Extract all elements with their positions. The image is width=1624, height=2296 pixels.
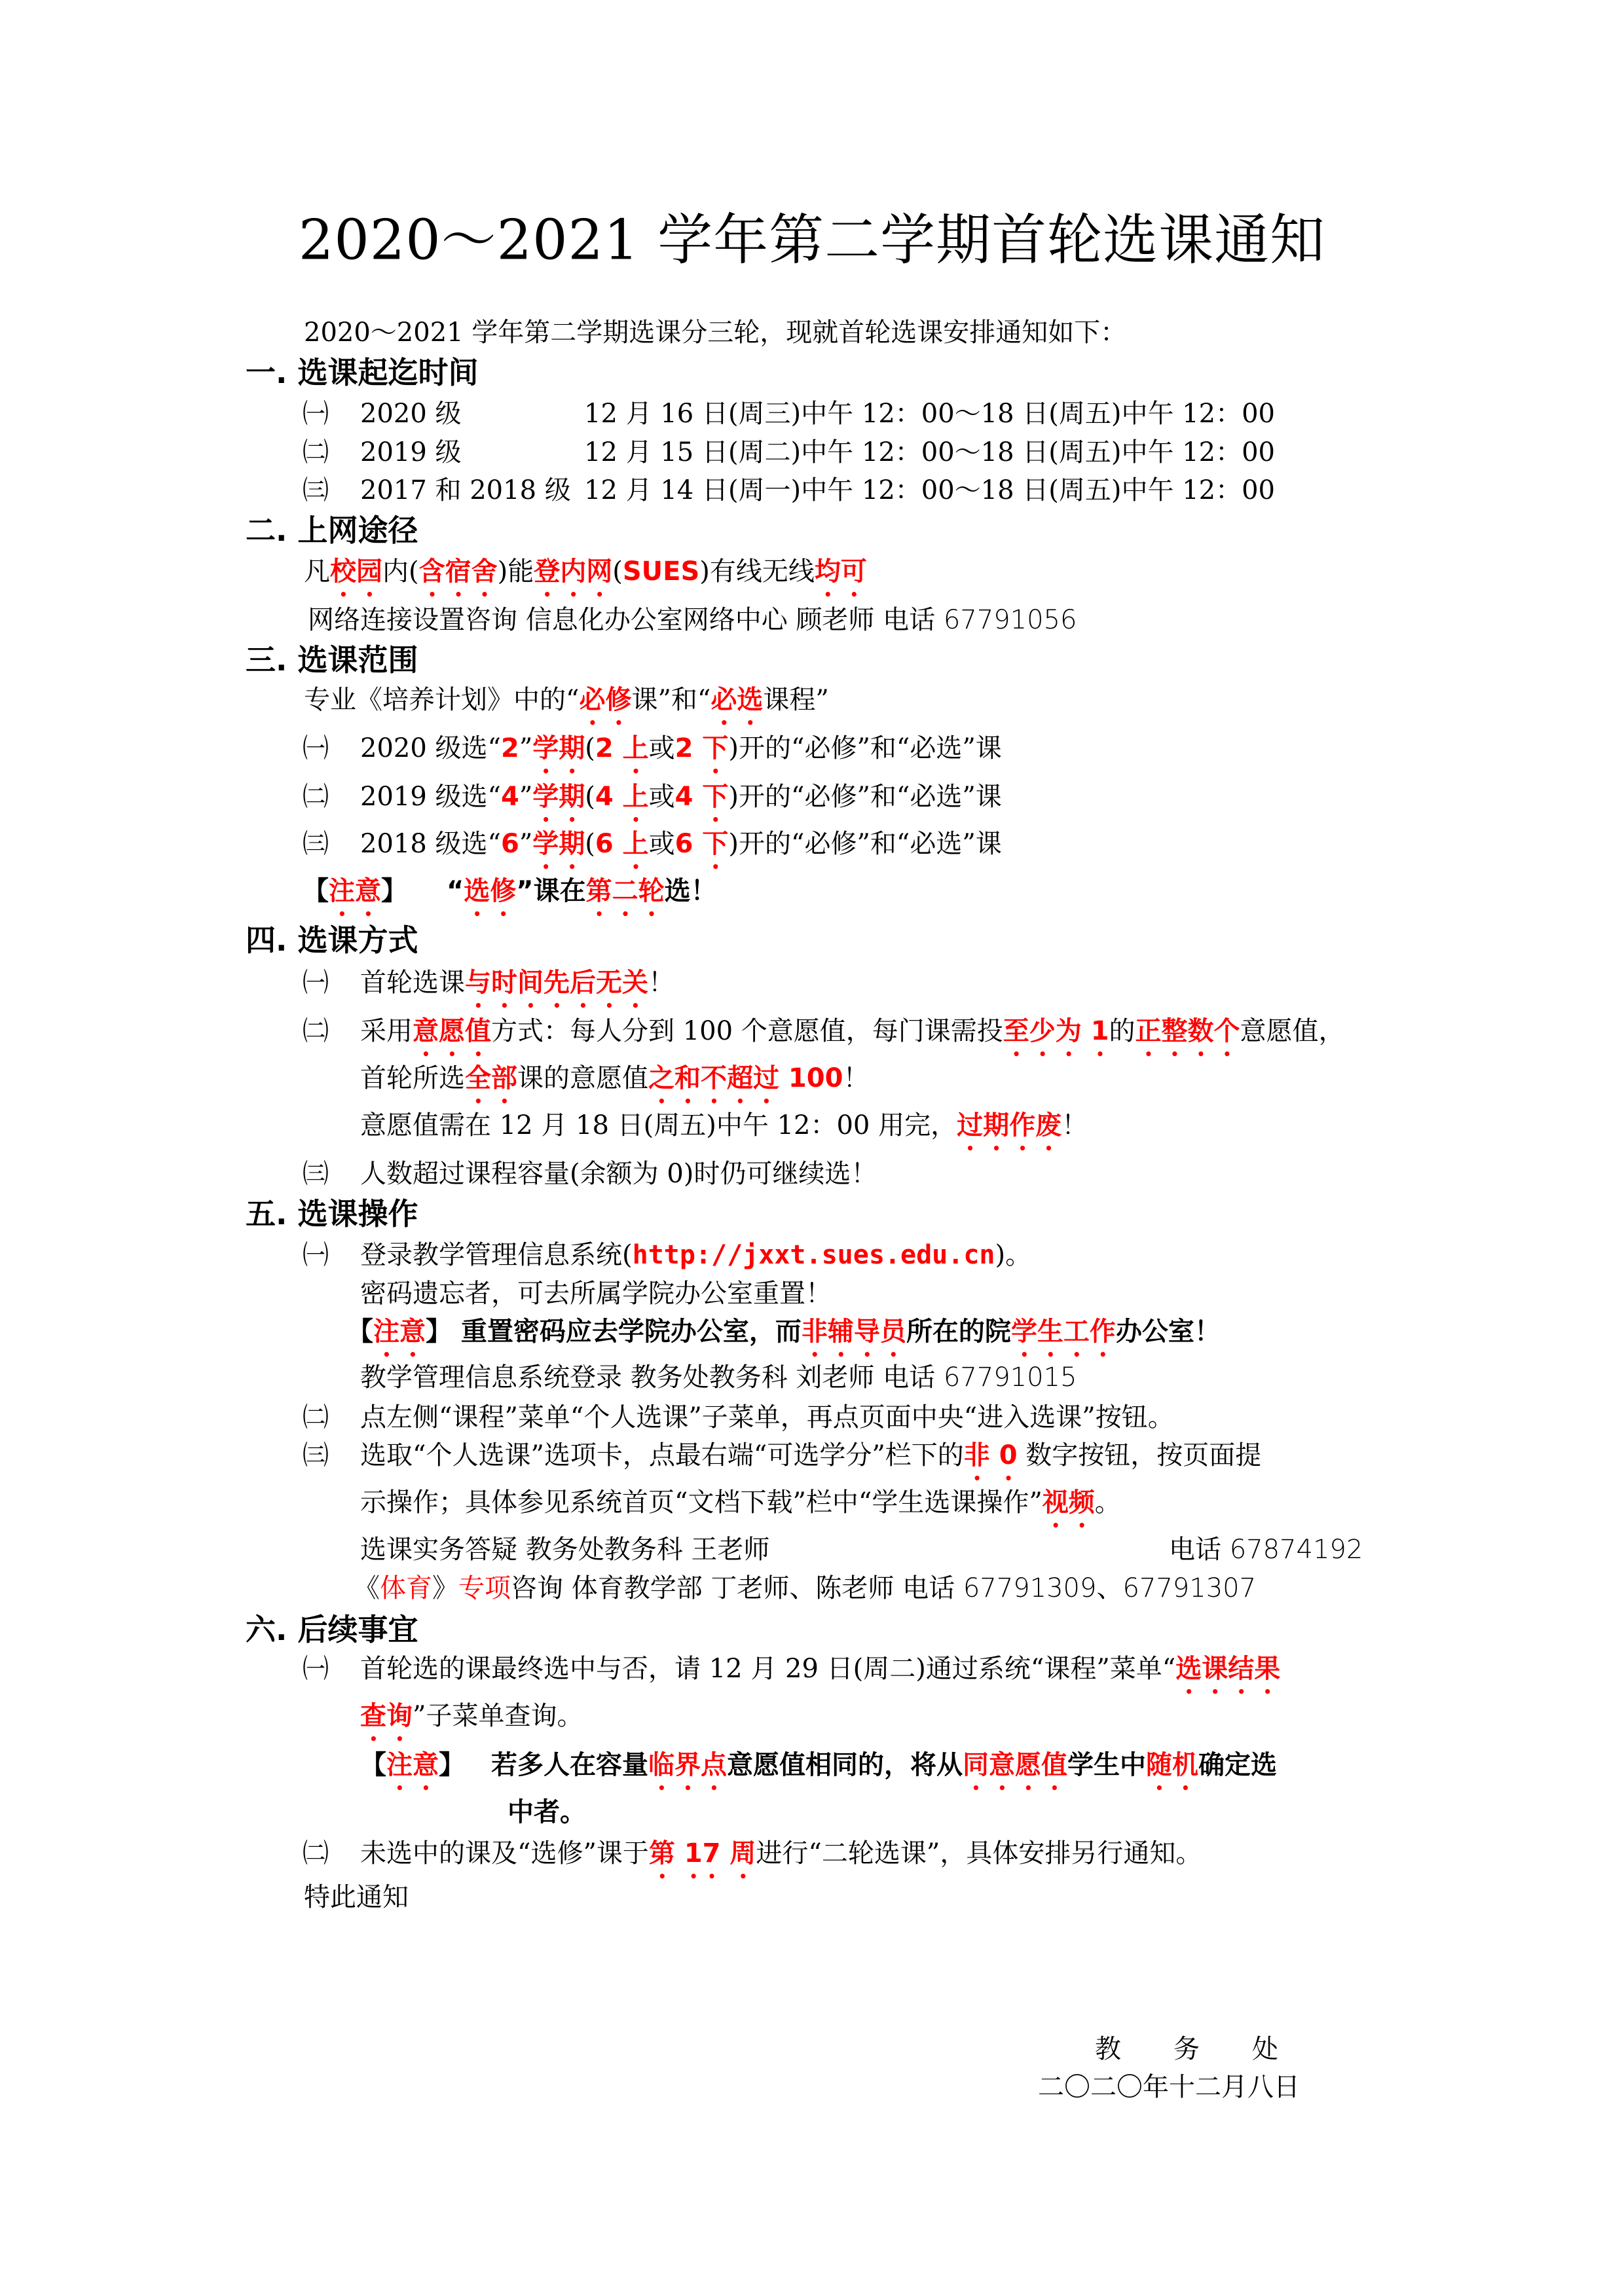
time-range: 12 月 15 日(周二)中午 12：00～18 日(周五)中午 12：00: [584, 437, 1275, 467]
grade: 2019 级: [360, 434, 584, 471]
section-heading-6: 六. 后续事宜: [246, 1611, 418, 1648]
signature-date: 二〇二〇年十二月八日: [1038, 2069, 1300, 2105]
contact-system-login: 教学管理信息系统登录 教务处教务科 刘老师 电话 67791015: [360, 1359, 1077, 1396]
list-marker: ㈡: [303, 434, 360, 471]
section-heading-1: 一. 选课起迄时间: [246, 354, 479, 391]
list-marker: ㈢: [303, 472, 360, 509]
operation-item-2: ㈡点左侧“课程”菜单“个人选课”子菜单，再点页面中央“进入选课”按钮。: [303, 1399, 1174, 1436]
scope-row: ㈡2019 级选“4”学期(4 上或4 下)开的“必修”和“必选”课: [303, 778, 1002, 828]
followup-item-1-cont: 查询”子菜单查询。: [360, 1698, 583, 1747]
network-name: SUES: [623, 556, 699, 587]
password-reset-text: 密码遗忘者，可去所属学院办公室重置！: [360, 1275, 832, 1312]
page-title: 2020～2021 学年第二学期首轮选课通知: [0, 196, 1624, 276]
method-item-1: ㈠首轮选课与时间先后无关！: [303, 964, 674, 1013]
contact-network: 网络连接设置咨询 信息化办公室网络中心 顾老师 电话 67791056: [308, 602, 1077, 638]
contact-course-qa: 选课实务答疑 教务处教务科 王老师: [360, 1531, 769, 1568]
scope-row: ㈠2020 级选“2”学期(2 上或2 下)开的“必修”和“必选”课: [303, 730, 1002, 779]
network-access-text: 凡校园内(含宿舍)能登内网(SUES)有线无线均可: [304, 553, 867, 602]
time-range: 12 月 14 日(周一)中午 12：00～18 日(周五)中午 12：00: [584, 475, 1275, 505]
closing-text: 特此通知: [304, 1879, 409, 1916]
grade: 2017 和 2018 级: [360, 472, 584, 509]
scope-row: ㈢2018 级选“6”学期(6 上或6 下)开的“必修”和“必选”课: [303, 826, 1002, 875]
signature-office: 教 务 处: [1095, 2031, 1278, 2068]
method-item-2: ㈡采用意愿值方式：每人分到 100 个意愿值，每门课需投至少为 1的正整数个意愿…: [303, 1013, 1345, 1062]
grade: 2020 级: [360, 395, 584, 432]
note-random: 【注意】若多人在容量临界点意愿值相同的，将从同意愿值学生中随机确定选: [360, 1747, 1277, 1796]
operation-item-3-cont: 示操作；具体参见系统首页“文档下载”栏中“学生选课操作”视频。: [360, 1484, 1121, 1533]
contact-course-qa-phone: 电话 67874192: [1169, 1531, 1363, 1568]
time-range: 12 月 16 日(周三)中午 12：00～18 日(周五)中午 12：00: [584, 399, 1275, 429]
system-url-link[interactable]: http://jxxt.sues.edu.cn: [633, 1240, 995, 1270]
list-marker: ㈠: [303, 395, 360, 432]
emphasis: 校园: [330, 556, 382, 587]
emphasis: 登内网: [534, 556, 612, 587]
operation-item-3: ㈢选取“个人选课”选项卡，点最右端“可选学分”栏下的非 0 数字按钮，按页面提: [303, 1437, 1261, 1486]
intro-text: 2020～2021 学年第二学期选课分三轮，现就首轮选课安排通知如下：: [304, 314, 1126, 351]
section-heading-3: 三. 选课范围: [246, 642, 418, 678]
operation-item-1: ㈠登录教学管理信息系统(http://jxxt.sues.edu.cn)。: [303, 1237, 1031, 1273]
schedule-row: ㈢2017 和 2018 级12 月 14 日(周一)中午 12：00～18 日…: [303, 472, 1275, 509]
method-item-2-deadline: 意愿值需在 12 月 18 日(周五)中午 12：00 用完，过期作废！: [360, 1107, 1088, 1156]
method-item-3: ㈢人数超过课程容量(余额为 0)时仍可继续选！: [303, 1156, 877, 1192]
followup-item-2: ㈡未选中的课及“选修”课于第 17 周进行“二轮选课”，具体安排另行通知。: [303, 1835, 1202, 1884]
schedule-row: ㈡2019 级12 月 15 日(周二)中午 12：00～18 日(周五)中午 …: [303, 434, 1275, 471]
scope-text: 专业《培养计划》中的“必修课”和“必选课程”: [304, 682, 829, 731]
emphasis: 含宿舍: [419, 556, 498, 587]
emphasis: 均可: [815, 556, 867, 587]
method-item-2-cont: 首轮所选全部课的意愿值之和不超过 100！: [360, 1060, 869, 1109]
contact-pe: 《体育》专项咨询 体育教学部 丁老师、陈老师 电话 67791309、67791…: [354, 1570, 1256, 1607]
followup-item-1: ㈠首轮选的课最终选中与否，请 12 月 29 日(周二)通过系统“课程”菜单“选…: [303, 1650, 1280, 1700]
section-heading-2: 二. 上网途径: [246, 512, 418, 549]
note-password: 【注意】 重置密码应去学院办公室，而非辅导员所在的院学生工作办公室！: [347, 1313, 1221, 1362]
section-heading-4: 四. 选课方式: [246, 922, 418, 958]
schedule-row: ㈠2020 级12 月 16 日(周三)中午 12：00～18 日(周五)中午 …: [303, 395, 1275, 432]
section-heading-5: 五. 选课操作: [246, 1195, 418, 1232]
note-random-cont: 中者。: [507, 1794, 586, 1831]
note-elective: 【注意】“选修”课在第二轮选！: [303, 873, 717, 922]
